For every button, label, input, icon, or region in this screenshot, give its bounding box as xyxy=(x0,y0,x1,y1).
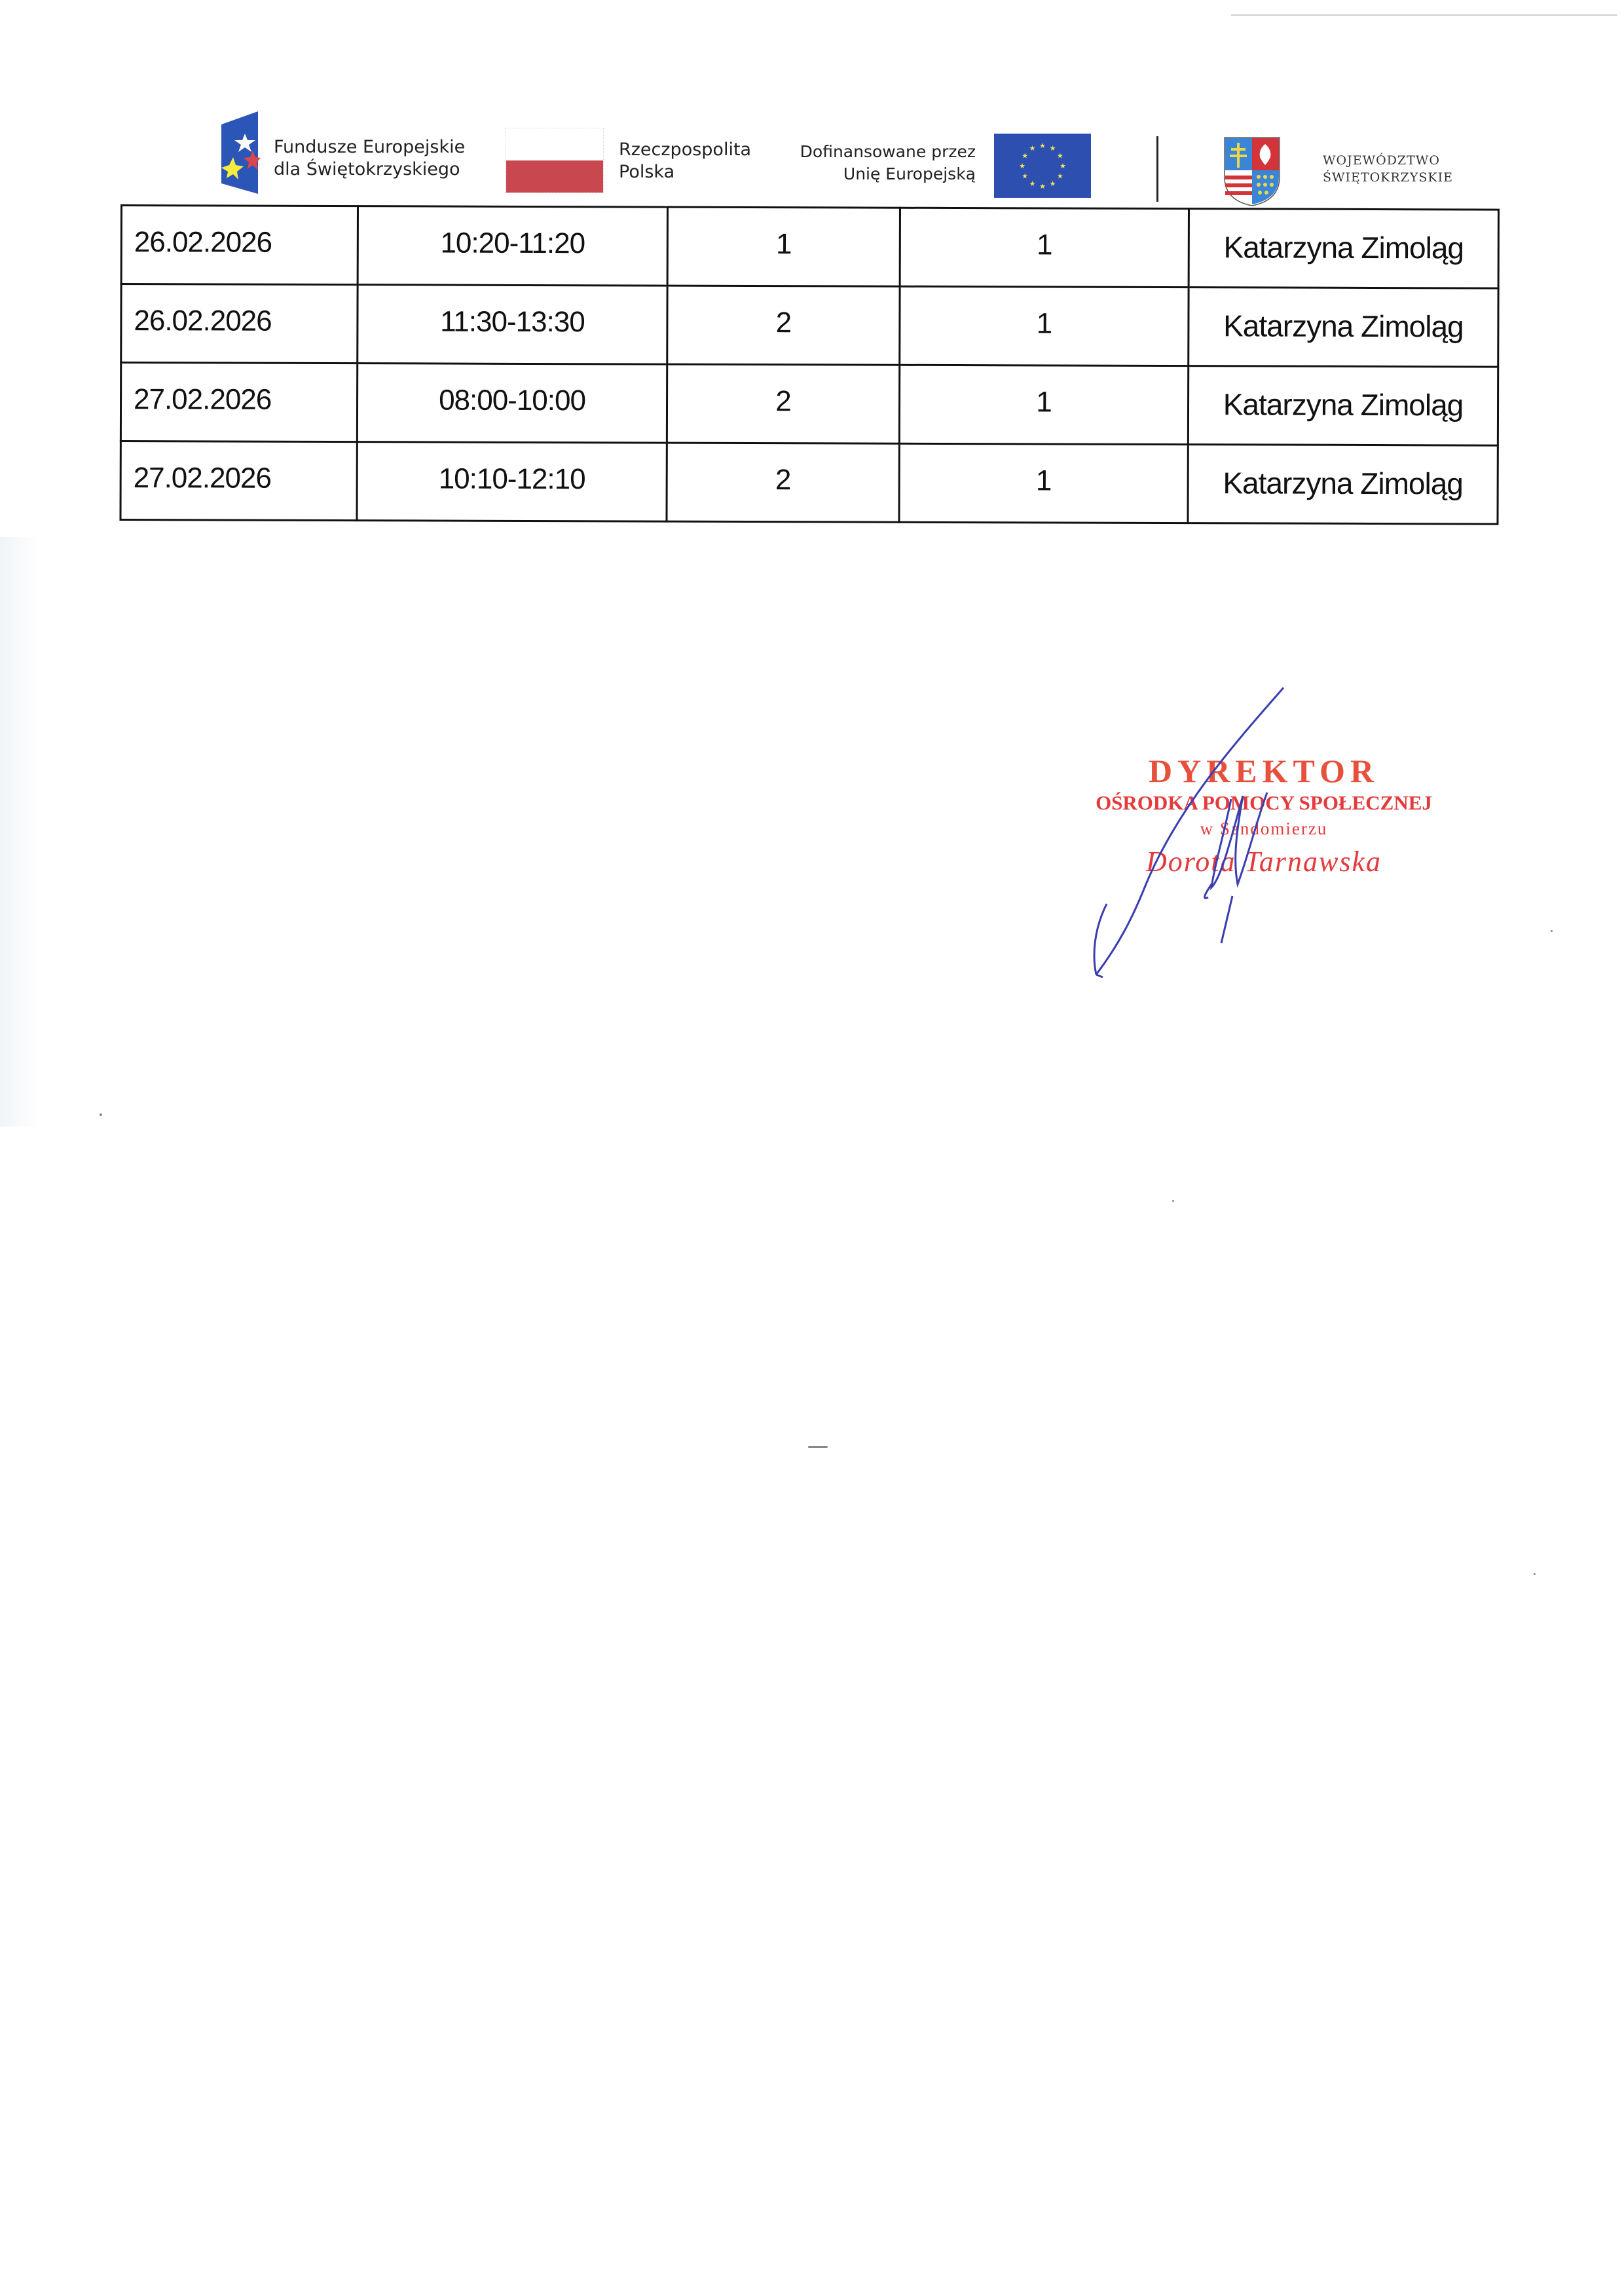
swietokrzyskie-coat-of-arms-icon xyxy=(1223,136,1281,207)
region-line-2: ŚWIĘTOKRZYSKIE xyxy=(1323,169,1453,186)
hours-value: 2 xyxy=(668,287,898,340)
group-value: 1 xyxy=(900,288,1187,341)
funding-logo-bar: Fundusze Europejskie dla Świętokrzyskieg… xyxy=(0,0,1624,203)
time-cell: 11:30-13:30 xyxy=(358,285,667,364)
time-value: 11:30-13:30 xyxy=(358,286,666,339)
svg-text:★: ★ xyxy=(1022,173,1028,181)
funds-line-2: dla Świętokrzyskiego xyxy=(274,159,465,181)
time-value: 10:10-12:10 xyxy=(358,443,666,496)
trainer-value: Katarzyna Zimoląg xyxy=(1189,367,1497,422)
trainer-value: Katarzyna Zimoląg xyxy=(1190,210,1498,265)
european-funds-logo-icon xyxy=(215,110,261,195)
trainer-cell: Katarzyna Zimoląg xyxy=(1188,445,1498,524)
european-funds-logo-text: Fundusze Europejskie dla Świętokrzyskieg… xyxy=(274,136,465,181)
scan-speck xyxy=(1172,1200,1174,1202)
trainer-value: Katarzyna Zimoląg xyxy=(1189,288,1497,344)
group-cell: 1 xyxy=(900,208,1189,287)
svg-text:★: ★ xyxy=(1057,153,1063,160)
scan-shadow xyxy=(0,537,39,1127)
poland-line-1: Rzeczpospolita xyxy=(619,139,751,161)
funds-line-1: Fundusze Europejskie xyxy=(274,136,465,159)
trainer-cell: Katarzyna Zimoląg xyxy=(1188,366,1498,445)
svg-text:★: ★ xyxy=(1039,142,1046,150)
svg-text:★: ★ xyxy=(1019,162,1025,170)
time-cell: 10:20-11:20 xyxy=(358,206,667,286)
svg-text:★: ★ xyxy=(1060,162,1066,170)
table-row: 26.02.2026 10:20-11:20 1 1 Katarzyna Zim… xyxy=(121,206,1498,289)
hours-value: 1 xyxy=(669,208,899,261)
hours-cell: 1 xyxy=(667,207,900,286)
eu-line-1: Dofinansowane przez xyxy=(773,141,976,163)
eu-flag-icon: ★★★★★★★★★★★★ xyxy=(994,134,1091,198)
hours-cell: 2 xyxy=(667,286,900,365)
poland-line-2: Polska xyxy=(619,161,751,183)
schedule-table: 26.02.2026 10:20-11:20 1 1 Katarzyna Zim… xyxy=(119,204,1500,525)
logo-separator xyxy=(1156,136,1158,202)
time-value: 08:00-10:00 xyxy=(358,364,666,417)
scan-speck xyxy=(100,1113,102,1116)
date-cell: 26.02.2026 xyxy=(121,284,358,364)
table-row: 26.02.2026 11:30-13:30 2 1 Katarzyna Zim… xyxy=(121,284,1498,367)
scan-speck xyxy=(808,1446,828,1448)
group-value: 1 xyxy=(901,209,1188,262)
svg-text:★: ★ xyxy=(1050,145,1056,153)
svg-text:★: ★ xyxy=(1029,145,1036,153)
svg-text:★: ★ xyxy=(1039,183,1046,191)
trainer-value: Katarzyna Zimoląg xyxy=(1189,445,1497,501)
svg-text:★: ★ xyxy=(1022,153,1028,160)
hours-cell: 2 xyxy=(667,364,899,443)
time-cell: 08:00-10:00 xyxy=(357,364,667,443)
group-cell: 1 xyxy=(900,286,1189,365)
hours-value: 2 xyxy=(668,365,898,419)
polish-flag-icon xyxy=(506,128,604,193)
group-cell: 1 xyxy=(899,443,1188,523)
trainer-cell: Katarzyna Zimoląg xyxy=(1189,288,1498,367)
time-value: 10:20-11:20 xyxy=(359,207,667,260)
table-row: 27.02.2026 08:00-10:00 2 1 Katarzyna Zim… xyxy=(120,363,1498,446)
trainer-cell: Katarzyna Zimoląg xyxy=(1189,209,1498,288)
hours-value: 2 xyxy=(668,444,898,497)
time-cell: 10:10-12:10 xyxy=(357,442,667,521)
group-cell: 1 xyxy=(899,365,1188,444)
date-value: 27.02.2026 xyxy=(122,364,356,417)
date-cell: 26.02.2026 xyxy=(121,206,358,285)
eu-line-2: Unię Europejską xyxy=(773,163,976,185)
date-cell: 27.02.2026 xyxy=(120,441,357,521)
region-line-1: WOJEWÓDZTWO xyxy=(1323,152,1453,169)
date-value: 26.02.2026 xyxy=(122,206,357,259)
scan-speck xyxy=(1534,1573,1536,1575)
svg-text:★: ★ xyxy=(1050,180,1056,188)
table-row: 27.02.2026 10:10-12:10 2 1 Katarzyna Zim… xyxy=(120,441,1498,525)
date-value: 27.02.2026 xyxy=(122,442,356,495)
date-value: 26.02.2026 xyxy=(122,285,356,338)
eu-cofinancing-text: Dofinansowane przez Unię Europejską xyxy=(773,141,976,185)
date-cell: 27.02.2026 xyxy=(120,363,357,442)
scan-speck xyxy=(1551,930,1553,932)
svg-text:★: ★ xyxy=(1029,180,1036,188)
handwritten-signature-icon xyxy=(1080,668,1447,982)
region-logo-text: WOJEWÓDZTWO ŚWIĘTOKRZYSKIE xyxy=(1323,152,1453,186)
poland-logo-text: Rzeczpospolita Polska xyxy=(619,139,751,183)
group-value: 1 xyxy=(900,366,1187,419)
hours-cell: 2 xyxy=(667,443,899,522)
svg-text:★: ★ xyxy=(1057,173,1063,181)
group-value: 1 xyxy=(900,445,1187,498)
